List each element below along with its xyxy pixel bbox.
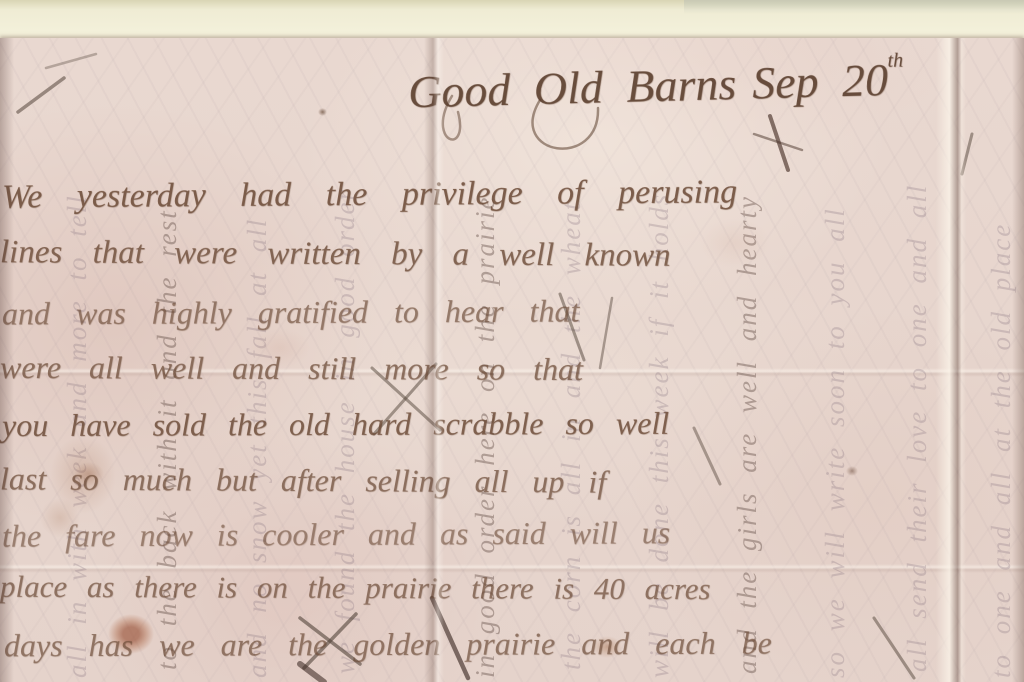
cross-writing-line: all send their love to one and all — [902, 184, 933, 672]
letter-paper: all in with week and more to tell to the… — [0, 38, 1024, 682]
ink-spot — [846, 466, 858, 476]
heading-place: Good Old Barns — [407, 58, 736, 118]
letter-line: days has we are the golden prairie and e… — [4, 625, 772, 665]
fold-crease-right — [936, 38, 966, 682]
heading-date: Sep 20 — [751, 54, 888, 109]
letter-heading: Good Old BarnsSep 20th — [407, 50, 904, 119]
letter-line: you have sold the old hard scrabble so w… — [2, 405, 669, 444]
cross-writing-line: so we will write soon to you all — [820, 207, 851, 678]
letter-line: were all well and still more so that — [0, 349, 583, 388]
cross-writing-line: to one and all at the old place — [986, 223, 1017, 678]
letter-line: and was highly gratified to hear that — [2, 292, 580, 332]
letter-line: We yesterday had the privilege of perusi… — [2, 173, 737, 216]
foxing-spot — [700, 218, 770, 268]
paper-edge-right — [1012, 38, 1024, 682]
letter-line: place as there is on the prairie there i… — [0, 569, 711, 607]
heading-date-suffix: th — [887, 50, 903, 72]
cross-writing-line: and no snow yet this fall at all — [242, 218, 273, 678]
ink-spot — [318, 108, 327, 116]
letter-line: the fare now is cooler and as said will … — [2, 514, 670, 554]
letter-line: lines that were written by a well known — [0, 234, 671, 275]
cross-writing-line: and the girls are well and hearty — [732, 195, 763, 674]
letter-scan: all in with week and more to tell to the… — [0, 0, 1024, 682]
letter-line: last so much but after selling all up if — [0, 460, 606, 500]
